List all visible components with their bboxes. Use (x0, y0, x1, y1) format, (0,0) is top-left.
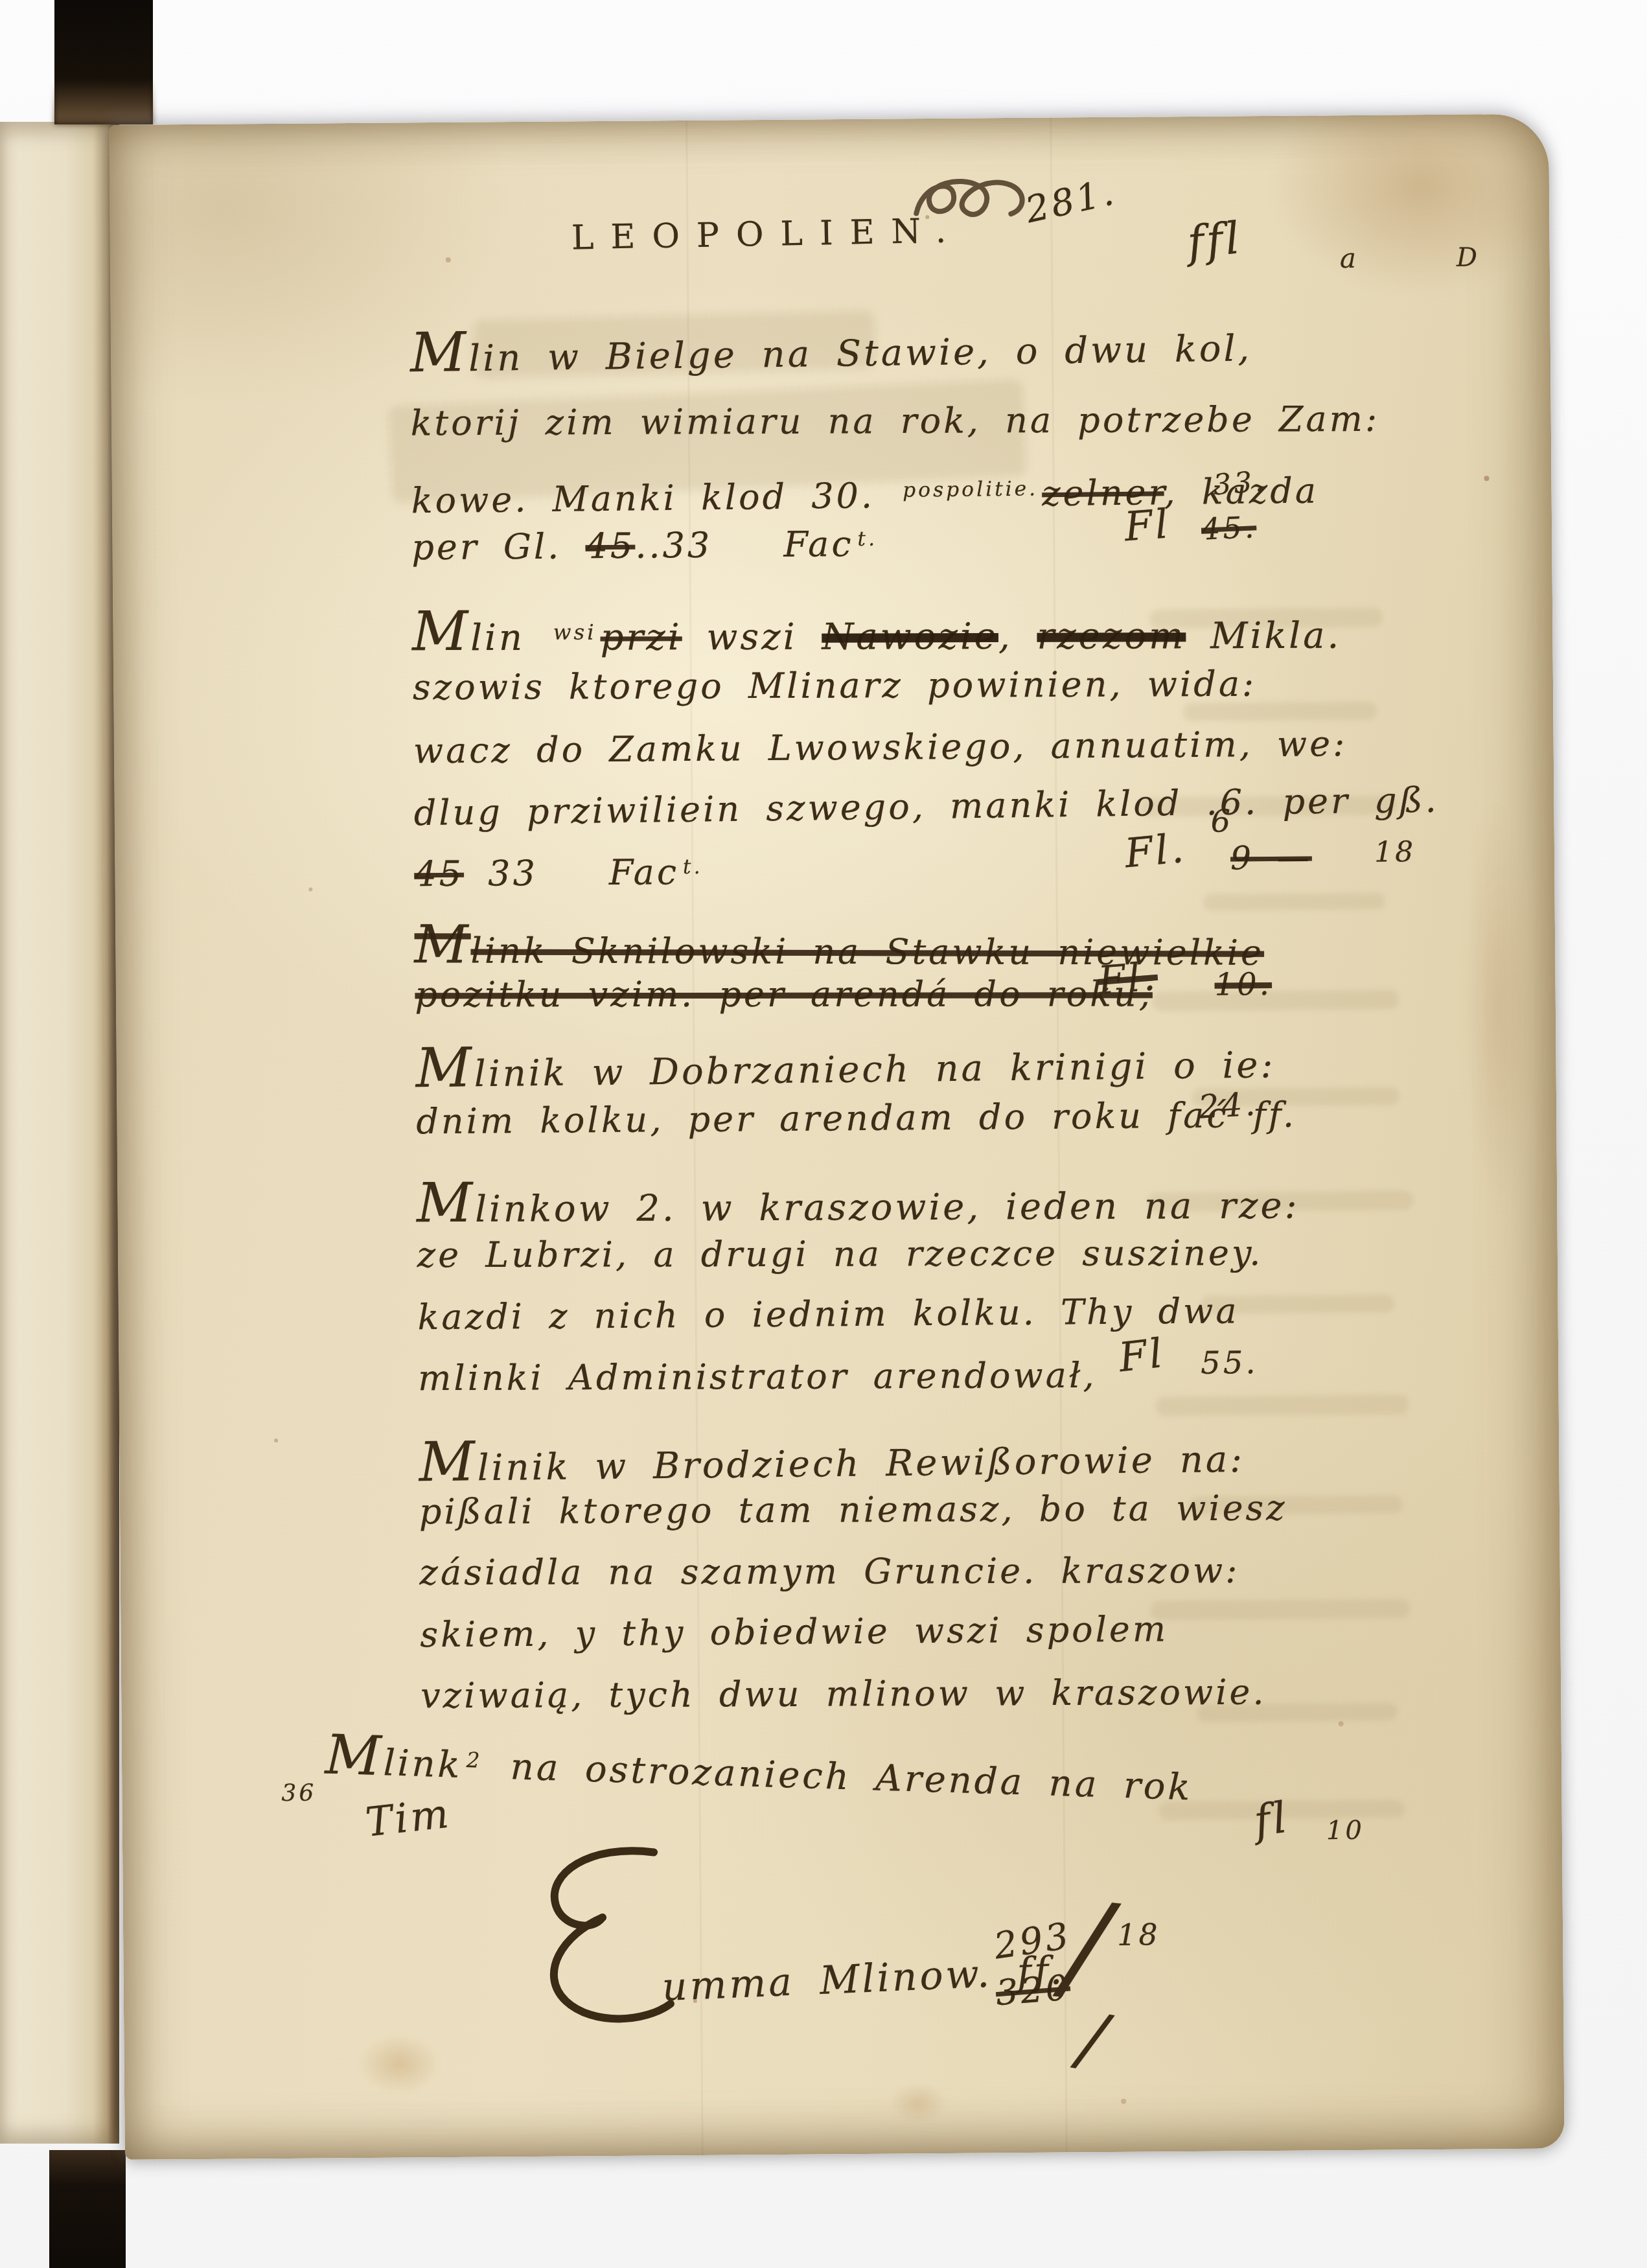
quire-signature-a: a (1340, 242, 1359, 274)
entry-mill-bielge-line: ktorij zim wimiaru na rok, na potrzebe Z… (411, 399, 1380, 444)
entry-mills-kraszow-line: Mlinkow 2. w kraszowie, ieden na rze: (417, 1167, 1300, 1234)
text-run: 6 (1210, 803, 1233, 839)
manuscript-page: LEOPOLIEN. 281. ffl a D Mlin w Bielge na… (109, 114, 1565, 2160)
florin-mark: ffl (1185, 213, 1244, 269)
struck-text-run: przi (601, 616, 682, 658)
text-run: Fl (1123, 500, 1172, 550)
stain (357, 2033, 442, 2096)
text-run: skiem, y thy obiedwie wszi spolem (420, 1608, 1168, 1655)
entry-mill-miklaszow-line: dlug prziwiliein szwego, manki klod .6. … (413, 780, 1439, 834)
stain (889, 2082, 947, 2124)
bleedthrough-ghosts (109, 114, 1549, 125)
text-run: 18 (1374, 835, 1416, 869)
header-title: LEOPOLIEN. (571, 211, 963, 257)
stain (1269, 114, 1565, 297)
text-run: 10 (1326, 1816, 1365, 1846)
superscript-text-run: 2 (466, 1748, 483, 1773)
florin-sign: Fl (1116, 1329, 1168, 1381)
text-run: Mlinik w Brodziech Rewißorowie na: (419, 1439, 1245, 1490)
text-run: Fac (783, 524, 854, 565)
summa-amount-struck: 320 (995, 1967, 1072, 2013)
amount-corrected: 18 (1374, 835, 1416, 869)
text-run: ..33 (635, 525, 713, 566)
amount-struck: 10. (1214, 966, 1272, 1003)
text-run: Mikla. (1186, 615, 1341, 658)
text-run: 24. (1197, 1085, 1259, 1126)
text-run: wszi (682, 616, 822, 659)
quire-signature-d: D (1457, 242, 1480, 272)
text-run: fl (1250, 1792, 1292, 1846)
amount: 24. (1197, 1085, 1259, 1126)
text-run: szowis ktorego Mlinarz powinien, wida: (413, 664, 1257, 708)
text-run: Mlinik w Dobrzaniech na krinigi o ie: (416, 1044, 1276, 1096)
entry-mill-miklaszow-line: wacz do Zamku Lwowskiego, annuatim, we: (413, 723, 1348, 771)
struck-text-run: 320 (995, 1967, 1072, 2013)
text-run: Mlin (412, 617, 549, 660)
text-run: Fl. (1123, 824, 1188, 877)
amount: 10 (1326, 1816, 1365, 1846)
struck-text-run: 9 — (1230, 839, 1312, 877)
struck-text-run: Nawozie (822, 616, 998, 658)
text-run: per Gl. (411, 526, 586, 568)
text-run: Tim (363, 1789, 453, 1846)
entry-mill-brody-line: vziwaią, tych dwu mlinow w kraszowie. (420, 1672, 1267, 1717)
entry-mill-bielge-line: Mlin w Bielge na Stawie, o dwu kol, (410, 310, 1252, 384)
amount-corrected: 33. (1212, 465, 1267, 502)
text-run: ktorij zim wimiaru na rok, na potrzebe Z… (411, 399, 1380, 444)
florin-sign-struck: Fl. (1096, 954, 1159, 1004)
summa-groschen: 18 (1117, 1917, 1160, 1952)
text-run: Mlin w Bielge na Stawie, o dwu kol, (410, 327, 1252, 380)
text-run: 33. (1212, 465, 1267, 502)
struck-text-run: Fl. (1096, 954, 1159, 1004)
entry-mill-ostrozaniec-line: Tim (363, 1789, 453, 1846)
entry-mill-dobrzaniec-line: dnim kolku, per arendam do roku fać ff. (416, 1094, 1296, 1142)
entry-mill-brody-line: Mlinik w Brodziech Rewißorowie na: (419, 1421, 1245, 1494)
entry-mill-miklaszow-line: 45 33Fact. (414, 851, 707, 895)
margin-number: 36 (281, 1780, 316, 1807)
amount-struck: 9 — (1230, 839, 1312, 877)
text-run: Fl (1116, 1329, 1168, 1381)
text-run: dlug prziwiliein szwego, manki klod .6. … (413, 780, 1439, 834)
superscript-text-run: wsi (553, 619, 597, 644)
entry-mills-kraszow-line: mlinki Administrator arendował, (418, 1355, 1097, 1399)
stain (1460, 801, 1535, 1216)
struck-text-run: 45 (585, 526, 635, 567)
struck-text-run: 10. (1214, 966, 1272, 1003)
struck-text-run: rzezom (1037, 615, 1186, 658)
foxing-specks (109, 125, 111, 128)
florin-sign: Fl. (1123, 824, 1188, 877)
text-run: 33 (464, 853, 538, 894)
text-run: kazdi z nich o iednim kolku. Thy dwa (417, 1290, 1239, 1337)
text-run: Fac (609, 851, 680, 893)
entry-mill-dobrzaniec-line: Mlinik w Dobrzaniech na krinigi o ie: (415, 1026, 1276, 1100)
superscript-text-run: t. (683, 855, 703, 879)
entry-mill-brody-line: pißali ktorego tam niemasz, bo ta wiesz (419, 1487, 1287, 1532)
text-run: pißali ktorego tam niemasz, bo ta wiesz (419, 1487, 1287, 1532)
text-run: 55. (1201, 1345, 1258, 1382)
florin-sign: fl (1250, 1792, 1292, 1846)
text-run: kowe. Manki klod 30. (411, 475, 899, 522)
binding-strap-top (54, 0, 153, 124)
scanner-bed: LEOPOLIEN. 281. ffl a D Mlin w Bielge na… (0, 0, 1647, 2268)
struck-text-run: 45. (1201, 509, 1257, 547)
text-run: 18 (1117, 1917, 1160, 1952)
facing-page-edge (0, 122, 119, 2144)
entry-mill-bielge-line: per Gl. 45..33Fact. (411, 524, 881, 568)
text-run: zásiadla na szamym Gruncie. kraszow: (419, 1550, 1239, 1593)
struck-text-run: pozitku vzim. per arendá do roku, (415, 973, 1152, 1015)
manuscript-lines: Mlin w Bielge na Stawie, o dwu kol,ktori… (109, 114, 1549, 125)
entry-mill-brody-line: zásiadla na szamym Gruncie. kraszow: (419, 1550, 1239, 1593)
amount-struck: 45. (1201, 509, 1257, 547)
text-run: mlinki Administrator arendował, (418, 1355, 1097, 1399)
florin-sign: Fl (1123, 500, 1172, 550)
text-run: na ostrozaniech Arenda na rok (485, 1745, 1193, 1809)
text-run: vziwaią, tych dwu mlinow w kraszowie. (420, 1672, 1267, 1717)
entry-mill-brody-line: skiem, y thy obiedwie wszi spolem (420, 1608, 1168, 1655)
superscript-text-run: t. (857, 527, 877, 551)
entry-mills-kraszow-line: kazdi z nich o iednim kolku. Thy dwa (417, 1290, 1239, 1337)
text-run: dnim kolku, per arendam do roku fać ff. (416, 1094, 1296, 1142)
entry-mill-miklaszow-line: Mlin wsiprzi wszi Nawozie, rzezom Mikla. (412, 597, 1342, 664)
entry-mill-sknilow-struck-line: pozitku vzim. per arendá do roku, (415, 973, 1152, 1015)
paraph-flourish-icon (910, 172, 1059, 232)
text-run: Mlink (325, 1740, 463, 1786)
entry-mills-kraszow-line: ze Lubrzi, a drugi na rzeczce susziney. (417, 1232, 1263, 1275)
text-run: ze Lubrzi, a drugi na rzeczce susziney. (417, 1232, 1263, 1275)
text-run: 36 (281, 1780, 316, 1807)
struck-text-run: 45 (414, 853, 464, 895)
text-run: wacz do Zamku Lwowskiego, annuatim, we: (413, 723, 1348, 771)
amount-note: 6 (1210, 803, 1233, 839)
text-run: , (998, 616, 1037, 658)
superscript-text-run: pospolitie. (903, 478, 1038, 502)
amount: 55. (1201, 1345, 1258, 1382)
binding-strap-bottom (49, 2150, 126, 2268)
text-run: Mlinkow 2. w kraszowie, ieden na rze: (417, 1185, 1300, 1231)
entry-mill-miklaszow-line: szowis ktorego Mlinarz powinien, wida: (413, 664, 1257, 708)
